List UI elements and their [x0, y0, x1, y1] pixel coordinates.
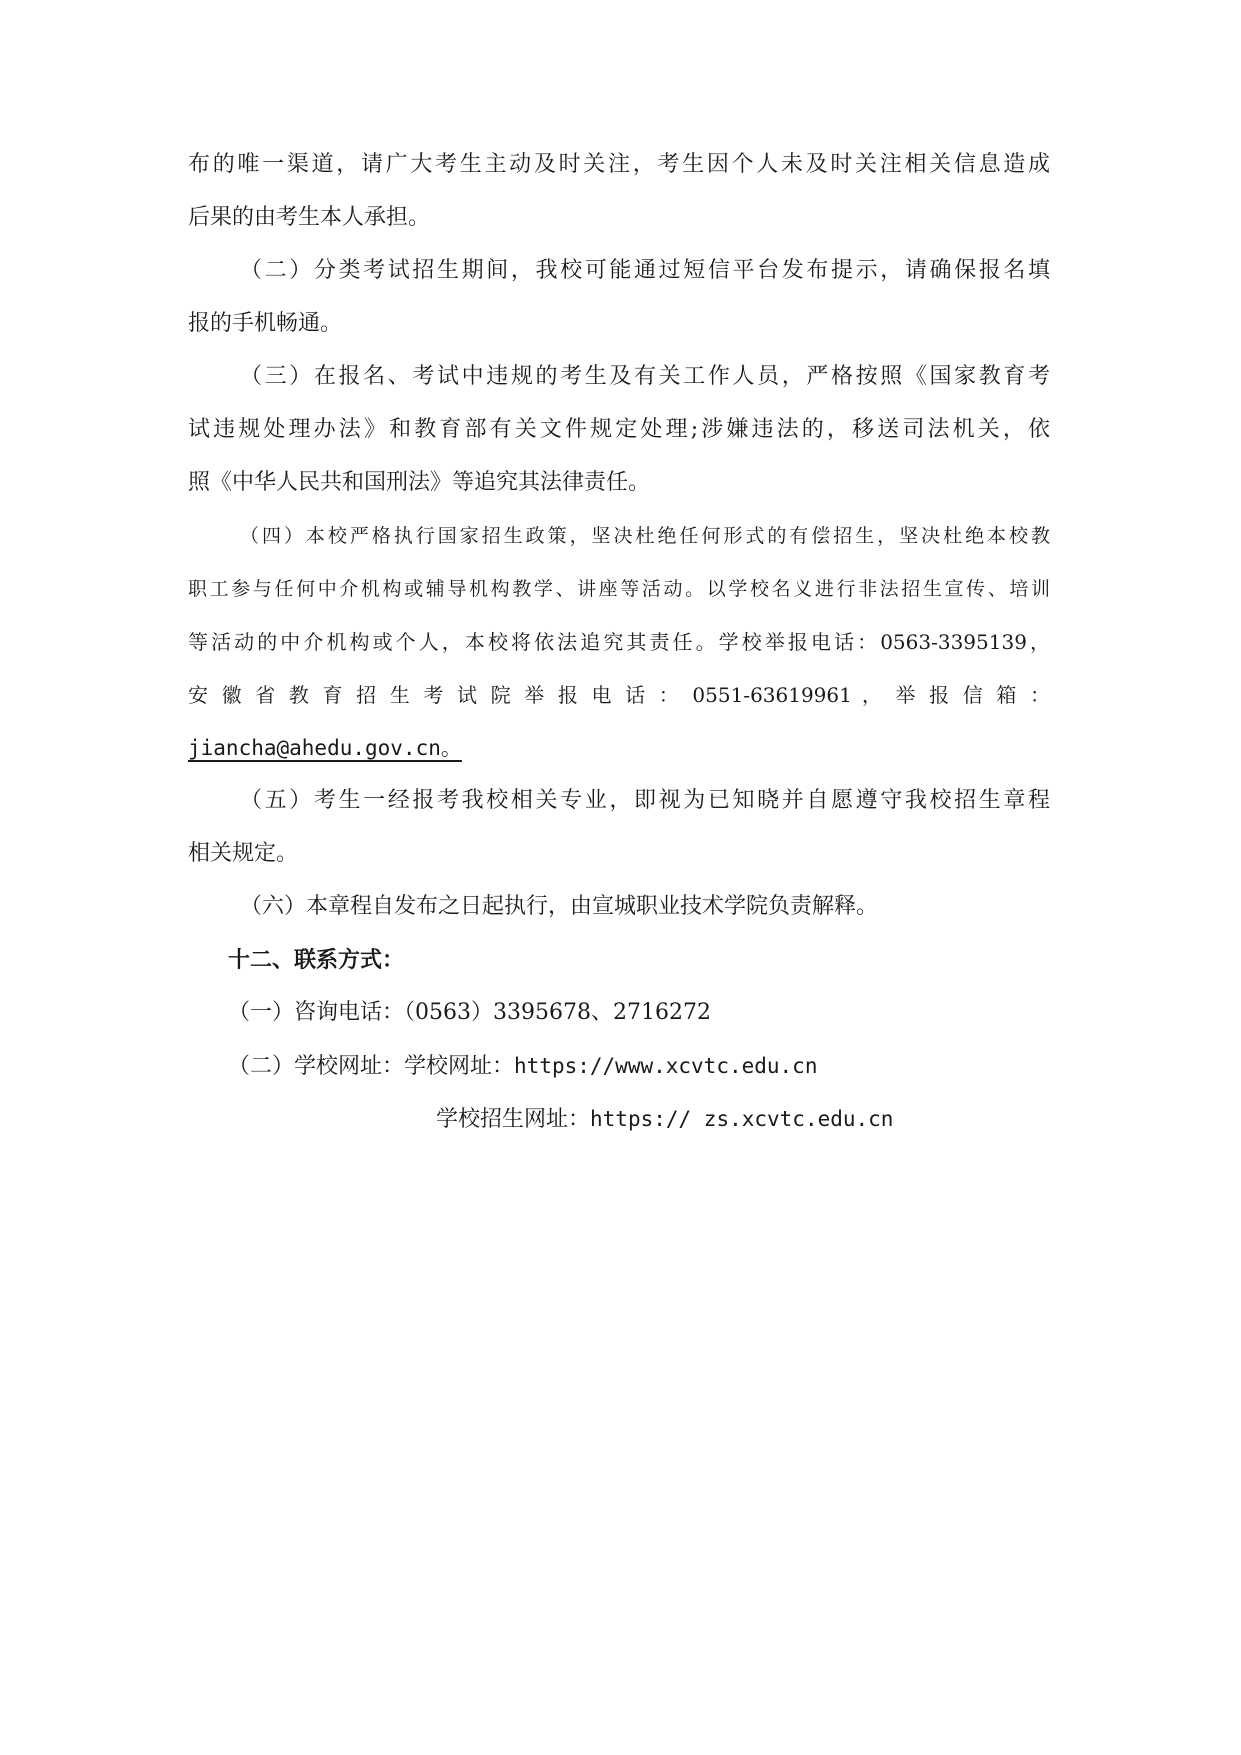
admission-url[interactable]: https:// zs.xcvtc.edu.cn	[590, 1107, 893, 1131]
contact-phone-line: （一）咨询电话：（0563）3395678、2716272	[228, 998, 1090, 1028]
contact-site-line: （二）学校网址：学校网址：https://www.xcvtc.edu.cn	[228, 1051, 1090, 1082]
paragraph-line: （四）本校严格执行国家招生政策，坚决杜绝任何形式的有偿招生，坚决杜绝本校教	[240, 521, 1050, 551]
site-label: （二）学校网址：	[228, 1054, 404, 1079]
paragraph-line: 等活动的中介机构或个人，本校将依法追究其责任。学校举报电话：0563-33951…	[188, 627, 1050, 657]
paragraph-line: （三）在报名、考试中违规的考生及有关工作人员，严格按照《国家教育考	[240, 362, 1050, 392]
paragraph-line: 试违规处理办法》和教育部有关文件规定处理;涉嫌违法的，移送司法机关，依	[188, 415, 1050, 445]
site-inner-label: 学校网址：	[404, 1054, 514, 1079]
admission-label: 学校招生网址：	[436, 1107, 590, 1132]
paragraph-line: 照《中华人民共和国刑法》等追究其法律责任。	[188, 468, 1050, 498]
phone-value: （0563）3395678、2716272	[404, 1000, 711, 1025]
paragraph-line: 布的唯一渠道，请广大考生主动及时关注，考生因个人未及时关注相关信息造成	[188, 150, 1050, 180]
paragraph-line: 安 徽 省 教 育 招 生 考 试 院 举 报 电 话 ： 0551-63619…	[188, 680, 1050, 710]
paragraph-line: 后果的由考生本人承担。	[188, 203, 1050, 233]
paragraph-line: （二）分类考试招生期间，我校可能通过短信平台发布提示，请确保报名填	[240, 256, 1050, 286]
paragraph-line: 相关规定。	[188, 839, 1050, 869]
paragraph-line: （六）本章程自发布之日起执行，由宣城职业技术学院负责解释。	[240, 892, 1050, 922]
phone-label: （一）咨询电话：	[228, 1000, 404, 1025]
report-email-link[interactable]: jiancha@ahedu.gov.cn。	[188, 736, 462, 760]
paragraph-line: （五）考生一经报考我校相关专业，即视为已知晓并自愿遵守我校招生章程	[240, 786, 1050, 816]
email-line: jiancha@ahedu.gov.cn。	[188, 733, 1050, 763]
site-url[interactable]: https://www.xcvtc.edu.cn	[514, 1054, 817, 1078]
paragraph-line: 职工参与任何中介机构或辅导机构教学、讲座等活动。以学校名义进行非法招生宣传、培训	[188, 574, 1050, 604]
section-heading: 十二、联系方式：	[228, 945, 1090, 975]
contact-admission-line: 学校招生网址：https:// zs.xcvtc.edu.cn	[436, 1104, 893, 1135]
paragraph-line: 报的手机畅通。	[188, 309, 1050, 339]
